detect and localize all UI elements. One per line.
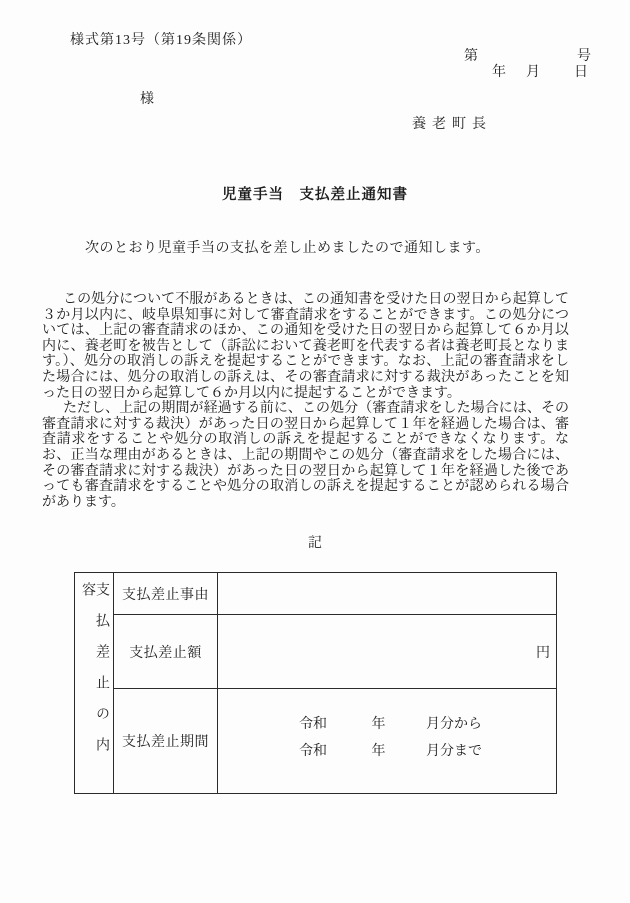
notice-statement: 次のとおり児童手当の支払を差し止めましたので通知します。 — [85, 237, 490, 257]
vertical-header-label: 支払差止の内容 — [80, 582, 108, 793]
period-from-month-label: 月分から — [426, 717, 482, 732]
notice-document-page: 様式第13号（第19条関係） 第 号 年 月 日 様 養老町長 児童手当 支払差… — [0, 0, 630, 903]
period-to-line: 令和 年 月分まで — [218, 740, 556, 767]
period-from-year-label: 年 — [372, 717, 386, 732]
issuer-name: 養老町長 — [412, 113, 492, 133]
period-from-line: 令和 年 月分から — [218, 713, 556, 740]
date-month-label: 月 — [526, 61, 540, 81]
row-label-reason: 支払差止事由 — [114, 573, 218, 615]
suspension-details-table: 支払差止の内容 支払差止事由 支払差止額 円 支払差止期間 令和 年 月分から … — [74, 572, 557, 794]
amount-value-field: 円 — [218, 615, 556, 689]
period-to-year-label: 年 — [372, 744, 386, 759]
period-to-month-label: 月分まで — [426, 744, 482, 759]
ki-marker: 記 — [0, 532, 630, 552]
table-vertical-header-cell: 支払差止の内容 — [75, 573, 114, 793]
date-day-label: 日 — [574, 61, 588, 81]
period-from-era: 令和 — [299, 717, 327, 732]
yen-unit-label: 円 — [536, 642, 550, 662]
period-to-era: 令和 — [299, 744, 327, 759]
row-label-period: 支払差止期間 — [114, 689, 218, 793]
appeal-paragraph-2: ただし、上記の期間が経過する前に、この処分（審査請求をした場合には、その審査請求… — [42, 401, 569, 510]
document-title: 児童手当 支払差止通知書 — [0, 183, 630, 204]
appeal-paragraph-1: この処分について不服があるときは、この通知書を受けた日の翌日から起算して３か月以… — [42, 292, 569, 401]
form-number: 様式第13号（第19条関係） — [70, 29, 252, 49]
period-value-field: 令和 年 月分から 令和 年 月分まで — [218, 689, 556, 793]
doc-number-prefix: 第 — [464, 45, 478, 65]
date-year-label: 年 — [492, 61, 506, 81]
recipient-honorific: 様 — [140, 88, 154, 108]
row-label-amount: 支払差止額 — [114, 615, 218, 689]
appeal-instructions: この処分について不服があるときは、この通知書を受けた日の翌日から起算して３か月以… — [42, 292, 569, 510]
reason-value-field — [218, 573, 556, 615]
